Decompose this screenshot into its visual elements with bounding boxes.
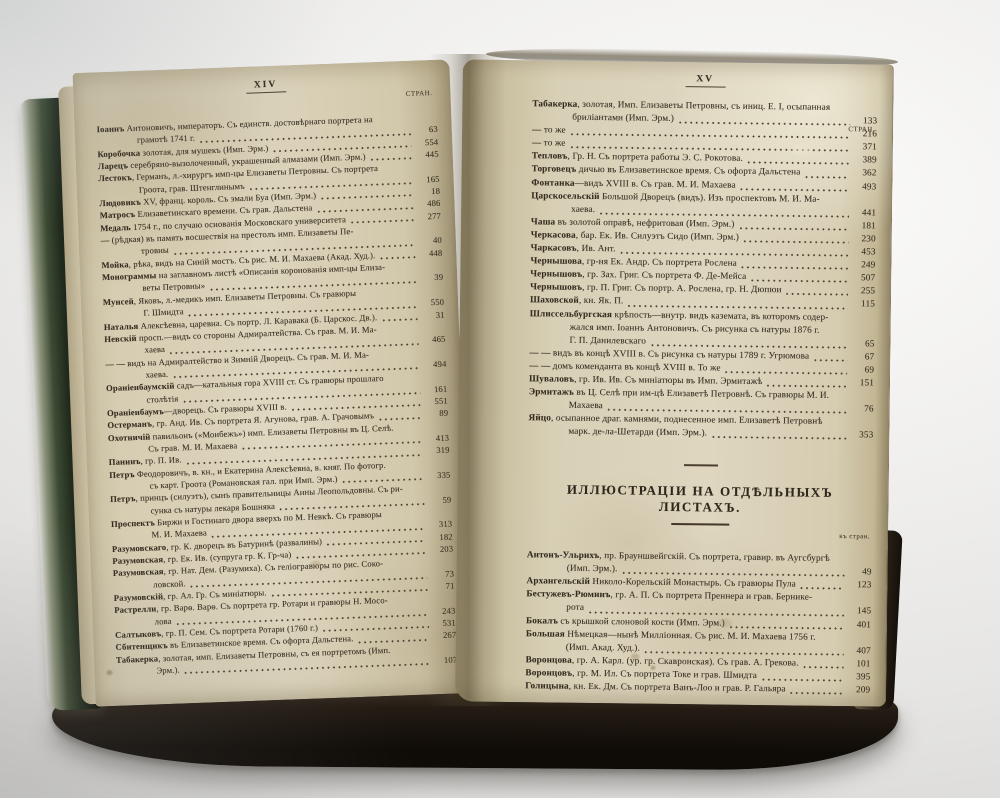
entry-text: Голицына, кн. Ек. Дм. Съ портрета Ванъ-Л… xyxy=(525,680,785,693)
entry-page-number: 371 xyxy=(854,141,877,151)
entry-page-number: 151 xyxy=(851,377,874,387)
entry-page-number: 209 xyxy=(847,684,870,694)
entry-text: Г. Шмидта xyxy=(103,306,184,319)
foxing-spot xyxy=(106,670,112,675)
entry-page-number: 73 xyxy=(431,568,454,579)
entry-page-number: 550 xyxy=(421,297,444,308)
dot-leader xyxy=(805,175,849,179)
entry-page-number: 63 xyxy=(415,124,438,135)
dot-leader xyxy=(814,359,847,362)
left-page-index-list: Іоаннъ Антоновичъ, императоръ. Съ единст… xyxy=(96,112,457,680)
entry-text: Фонтанка—видъ XVIII в. Съ грав. М. И. Ма… xyxy=(531,177,735,189)
entry-page-number: 507 xyxy=(852,272,875,282)
entry-text: — — видъ въ концѣ XVIII в. Съ рисунка съ… xyxy=(529,347,809,360)
dot-leader xyxy=(730,625,844,629)
section-heading-rule xyxy=(671,523,729,526)
dot-leader xyxy=(742,266,849,270)
dot-leader xyxy=(748,161,850,165)
column-header-stran: СТРАН. xyxy=(406,90,433,98)
entry-page-number: 76 xyxy=(851,403,874,413)
entry-page-number: 465 xyxy=(422,334,445,345)
page-number: XV xyxy=(533,72,878,86)
entry-text: Чернышовъ, гр. Зах. Григ. Съ портрета Ф.… xyxy=(530,268,746,281)
entry-text: жался имп. Іоаннъ Антоновичъ. Съ рисунка… xyxy=(530,321,820,335)
entry-page-number: 59 xyxy=(428,494,451,505)
entry-page-number: 401 xyxy=(848,619,871,629)
entry-page-number: 267 xyxy=(433,630,456,641)
entry-page-number: 39 xyxy=(420,272,443,283)
entry-page-number: 531 xyxy=(433,618,456,629)
entry-text: М. И. Махаева xyxy=(111,528,207,541)
entry-page-number: 319 xyxy=(426,445,449,456)
entry-page-number: 448 xyxy=(419,247,442,258)
left-page-text: XIV СТРАН. Іоаннъ Антоновичъ, императоръ… xyxy=(95,74,458,680)
column-header-k-stran: къ стран. xyxy=(527,529,870,540)
entry-text: Царскосельскій Большой Дворецъ (видъ). И… xyxy=(531,190,820,204)
dot-leader xyxy=(712,436,846,441)
entry-text: Торговецъ дичью въ Елизаветинское время.… xyxy=(532,164,801,177)
entry-page-number: 89 xyxy=(425,408,448,419)
entry-text: тровны xyxy=(101,245,169,257)
entry-text: хаева. xyxy=(105,369,168,381)
entry-text: Архангельскій Николо-Корельскій Монастыр… xyxy=(527,575,796,588)
column-header-stran: СТРАН. xyxy=(848,126,875,133)
entry-page-number: 551 xyxy=(425,395,448,406)
entry-text: — — домъ коменданта въ концѣ XVIII в. То… xyxy=(529,360,721,372)
right-page-index-list: Табакерка, золотая, Имп. Елизаветы Петро… xyxy=(528,98,877,443)
entry-text: Табакерка, золотая, Имп. Елизаветы Петро… xyxy=(532,98,830,112)
dot-leader xyxy=(762,678,843,682)
entry-page-number: 67 xyxy=(851,351,874,361)
dot-leader xyxy=(379,416,421,421)
entry-page-number: 389 xyxy=(854,155,877,165)
entry-page-number: 441 xyxy=(853,207,876,217)
right-page: XV СТРАН. Табакерка, золотая, Имп. Елиза… xyxy=(455,59,894,706)
entry-page-number: 65 xyxy=(851,338,874,348)
entry-page-number: 230 xyxy=(853,233,876,243)
dot-leader xyxy=(739,227,848,231)
dot-leader xyxy=(371,157,412,162)
entry-page-number: 115 xyxy=(852,299,875,309)
dot-leader xyxy=(744,240,849,244)
entry-text: ловской. xyxy=(113,578,186,591)
entry-text: бриліантами (Имп. Эрм.) xyxy=(532,111,674,123)
left-page: XIV СТРАН. Іоаннъ Антоновичъ, императоръ… xyxy=(73,59,473,706)
entry-text: рота xyxy=(526,602,584,613)
entry-text: — то же xyxy=(532,124,566,134)
dot-leader xyxy=(380,256,415,260)
entry-page-number: 494 xyxy=(423,358,446,369)
entry-text: (Имп. Акад. Худ.). xyxy=(526,641,640,652)
entry-page-number: 493 xyxy=(853,181,876,191)
entry-page-number: 255 xyxy=(852,285,875,295)
entry-page-number: 407 xyxy=(848,645,871,655)
entry-page-number: 107 xyxy=(434,655,457,666)
entry-text: Антонъ-Ульрихъ, пр. Брауншвейгскій. Съ п… xyxy=(527,549,830,563)
entry-page-number: 554 xyxy=(415,136,438,147)
entry-page-number: 71 xyxy=(431,581,454,592)
dot-leader xyxy=(726,371,848,375)
entry-page-number: 453 xyxy=(853,246,876,256)
page-number-rule xyxy=(685,86,725,87)
entry-text: хаева. xyxy=(531,203,595,214)
entry-text: Черкасова, бар. Ек. Ив. Силуэтъ Сидо (Им… xyxy=(531,229,739,242)
entry-page-number: 18 xyxy=(417,186,440,197)
page-number-rule xyxy=(246,91,286,93)
entry-page-number: 69 xyxy=(851,364,874,374)
entry-page-number: 145 xyxy=(848,606,871,616)
entry-text: Панинъ, гр. П. Ив. xyxy=(109,455,182,468)
entry-text: хаева xyxy=(105,344,166,356)
entry-text: Шаховской, кн. Як. П. xyxy=(530,295,623,306)
dot-leader xyxy=(185,663,431,675)
entry-text: Бокалъ съ крышкой слоновой кости (Имп. Э… xyxy=(526,615,725,627)
entry-page-number: 243 xyxy=(432,605,455,616)
section-separator-rule xyxy=(683,465,717,467)
entry-page-number: 123 xyxy=(848,579,871,589)
entry-page-number: 165 xyxy=(416,173,439,184)
entry-page-number: 182 xyxy=(430,531,453,542)
entry-text: Шуваловъ, гр. Ив. Ив. Съ миніатюры въ Им… xyxy=(529,373,762,386)
entry-page-number: 101 xyxy=(848,658,871,668)
entry-page-number: 277 xyxy=(418,210,441,221)
entry-text: Махаева xyxy=(529,399,603,410)
entry-page-number: 161 xyxy=(424,383,447,394)
entry-page-number: 181 xyxy=(853,220,876,230)
entry-text: (Имп. Эрм.). xyxy=(527,562,618,573)
entry-page-number: 362 xyxy=(854,168,877,178)
entry-page-number: 203 xyxy=(430,544,453,555)
right-page-text: XV СТРАН. Табакерка, золотая, Имп. Елиза… xyxy=(525,72,878,697)
entry-text: лова xyxy=(114,616,171,628)
entry-page-number: 313 xyxy=(429,519,452,530)
index-entry-row: марк. де-ла-Шетарди (Имп. Эрм.).353 xyxy=(528,426,873,443)
entry-text: Воронцова, гр. А. Карл. (ур. гр. Скаврон… xyxy=(526,654,799,667)
entry-page-number: 133 xyxy=(854,115,877,125)
entry-page-number: 249 xyxy=(852,259,875,269)
entry-text: Г. П. Данилевскаго xyxy=(529,334,646,345)
entry-text: Воронцовъ, гр. М. Ил. Съ портрета Токе и… xyxy=(525,667,757,680)
entry-text: Эрм.). xyxy=(116,665,180,677)
dot-leader xyxy=(786,293,848,297)
dot-leader xyxy=(804,665,844,668)
plates-index-list: Антонъ-Ульрихъ, пр. Брауншвейгскій. Съ п… xyxy=(525,549,872,697)
book-photo: XIV СТРАН. Іоаннъ Антоновичъ, императоръ… xyxy=(0,0,1000,798)
dot-leader xyxy=(791,692,844,696)
dot-leader xyxy=(767,384,847,388)
entry-text: Чаркасовъ, Ив. Ант. xyxy=(531,242,616,253)
entry-text: Бестужевъ-Рюминъ, гр. А. П. Съ портрета … xyxy=(526,589,812,602)
entry-page-number: 40 xyxy=(419,235,442,246)
entry-text: грамотѣ 1741 г. xyxy=(97,133,195,147)
entry-page-number: 353 xyxy=(850,429,873,439)
entry-page-number: 413 xyxy=(426,433,449,444)
entry-text: Чаша въ золотой оправѣ, нефритовая (Имп.… xyxy=(531,216,735,228)
entry-page-number: 49 xyxy=(849,566,872,576)
dot-leader xyxy=(741,187,850,191)
entry-page-number: 31 xyxy=(421,309,444,320)
entry-text: — то же xyxy=(532,138,566,148)
entry-text: Чернышова, гр-ня Ек. Андр. Съ портрета Р… xyxy=(530,255,737,268)
entry-page-number: 486 xyxy=(417,198,440,209)
entry-page-number: 335 xyxy=(427,470,450,481)
dot-leader xyxy=(801,587,845,591)
dot-leader xyxy=(751,279,848,283)
entry-text: столѣтія xyxy=(106,393,178,406)
entry-page-number: 395 xyxy=(847,671,870,681)
dot-leader xyxy=(382,317,418,321)
section-heading: ИЛЛЮСТРАЦІИ НА ОТДѢЛЬНЫХЪ ЛИСТАХЪ. xyxy=(527,481,872,517)
entry-page-number: 445 xyxy=(416,149,439,160)
entry-text: марк. де-ла-Шетарди (Имп. Эрм.). xyxy=(528,426,707,438)
entry-text: Тепловъ, Гр. Н. Съ портрета работы Э. С.… xyxy=(532,151,743,164)
entry-text: Чернышовъ, гр. П. Григ. Съ портр. А. Рос… xyxy=(530,282,782,295)
entry-text: Большая Нѣмецкая—нынѣ Милліонная. Съ рис… xyxy=(526,628,816,642)
